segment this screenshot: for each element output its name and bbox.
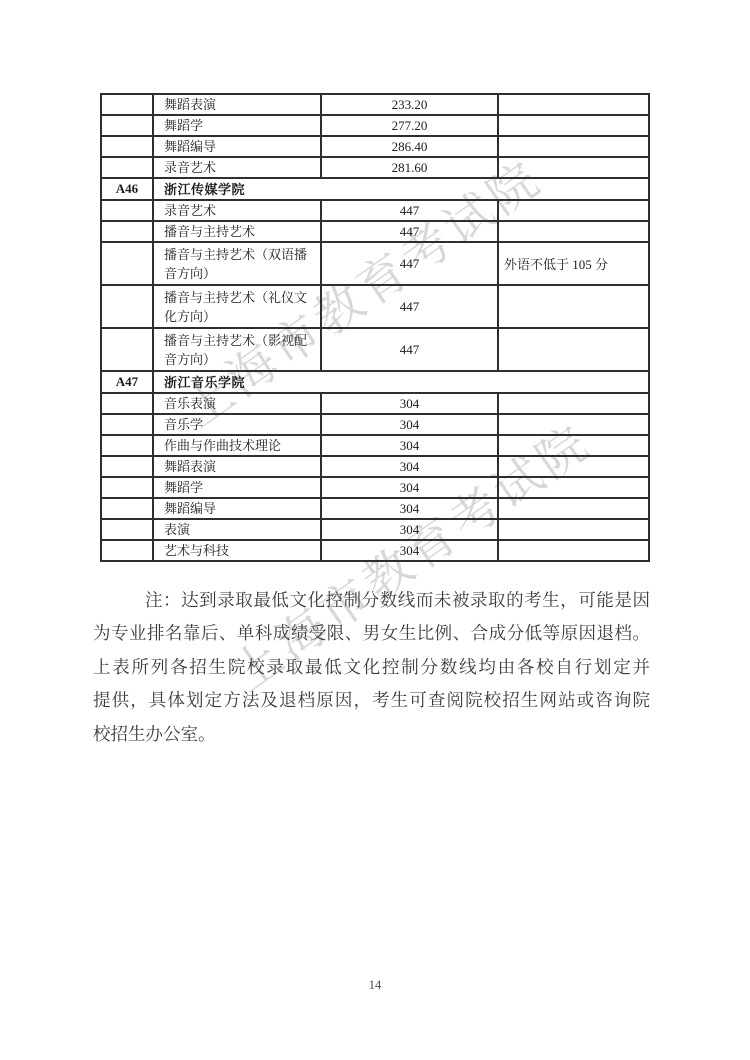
code-cell: [101, 414, 153, 435]
table-row: 音乐表演304: [101, 393, 649, 414]
remark-cell: [498, 477, 649, 498]
major-name-cell: 播音与主持艺术（礼仪文化方向）: [153, 285, 321, 328]
code-cell: [101, 157, 153, 178]
table-row: 舞蹈编导286.40: [101, 136, 649, 157]
school-name-cell: 浙江音乐学院: [153, 371, 649, 393]
code-cell: [101, 456, 153, 477]
code-cell: [101, 519, 153, 540]
code-cell: [101, 285, 153, 328]
note-line: 校招生办公室。: [93, 718, 650, 751]
code-cell: [101, 115, 153, 136]
major-name-cell: 舞蹈编导: [153, 498, 321, 519]
scores-table-body: 舞蹈表演233.20舞蹈学277.20舞蹈编导286.40录音艺术281.60A…: [101, 94, 649, 561]
remark-cell: [498, 540, 649, 561]
score-cell: 447: [321, 221, 498, 242]
table-row: 舞蹈表演233.20: [101, 94, 649, 115]
code-cell: [101, 328, 153, 371]
scores-table: 舞蹈表演233.20舞蹈学277.20舞蹈编导286.40录音艺术281.60A…: [100, 93, 650, 562]
major-name-cell: 录音艺术: [153, 200, 321, 221]
remark-cell: [498, 285, 649, 328]
table-row: 录音艺术447: [101, 200, 649, 221]
score-cell: 304: [321, 498, 498, 519]
remark-cell: [498, 498, 649, 519]
table-row: 艺术与科技304: [101, 540, 649, 561]
major-name-cell: 舞蹈表演: [153, 456, 321, 477]
table-row: 舞蹈学277.20: [101, 115, 649, 136]
score-cell: 447: [321, 242, 498, 285]
major-name-cell: 播音与主持艺术（影视配音方向）: [153, 328, 321, 371]
remark-cell: [498, 328, 649, 371]
code-cell: [101, 477, 153, 498]
major-name-cell: 舞蹈学: [153, 477, 321, 498]
score-cell: 277.20: [321, 115, 498, 136]
major-name-cell: 舞蹈编导: [153, 136, 321, 157]
table-row: 录音艺术281.60: [101, 157, 649, 178]
table-row: 播音与主持艺术447: [101, 221, 649, 242]
remark-cell: [498, 519, 649, 540]
table-row: 音乐学304: [101, 414, 649, 435]
major-name-cell: 舞蹈表演: [153, 94, 321, 115]
score-cell: 447: [321, 200, 498, 221]
score-cell: 233.20: [321, 94, 498, 115]
table-row: A47浙江音乐学院: [101, 371, 649, 393]
score-cell: 447: [321, 328, 498, 371]
code-cell: [101, 242, 153, 285]
score-cell: 304: [321, 435, 498, 456]
table-row: 舞蹈学304: [101, 477, 649, 498]
score-cell: 304: [321, 456, 498, 477]
remark-cell: [498, 136, 649, 157]
score-cell: 304: [321, 519, 498, 540]
remark-cell: [498, 435, 649, 456]
note-line: 提供，具体划定方法及退档原因，考生可查阅院校招生网站或咨询院: [93, 684, 650, 717]
table-row: 舞蹈表演304: [101, 456, 649, 477]
remark-cell: [498, 115, 649, 136]
score-cell: 447: [321, 285, 498, 328]
code-cell: [101, 136, 153, 157]
note-paragraph: 注：达到录取最低文化控制分数线而未被录取的考生，可能是因为专业排名靠后、单科成绩…: [93, 584, 650, 751]
code-cell: [101, 435, 153, 456]
score-cell: 304: [321, 477, 498, 498]
remark-cell: [498, 414, 649, 435]
code-cell: [101, 393, 153, 414]
code-cell: [101, 498, 153, 519]
page-number: 14: [0, 978, 750, 993]
major-name-cell: 播音与主持艺术（双语播音方向）: [153, 242, 321, 285]
table-row: A46浙江传媒学院: [101, 178, 649, 200]
code-cell: [101, 94, 153, 115]
major-name-cell: 播音与主持艺术: [153, 221, 321, 242]
remark-cell: [498, 200, 649, 221]
document-page: 上海市教育考试院 上海市教育考试院 舞蹈表演233.20舞蹈学277.20舞蹈编…: [0, 0, 750, 1060]
score-cell: 281.60: [321, 157, 498, 178]
code-cell: A47: [101, 371, 153, 393]
major-name-cell: 表演: [153, 519, 321, 540]
code-cell: [101, 221, 153, 242]
code-cell: [101, 200, 153, 221]
code-cell: [101, 540, 153, 561]
major-name-cell: 音乐学: [153, 414, 321, 435]
remark-cell: [498, 393, 649, 414]
table-row: 舞蹈编导304: [101, 498, 649, 519]
score-cell: 286.40: [321, 136, 498, 157]
score-cell: 304: [321, 540, 498, 561]
table-row: 表演304: [101, 519, 649, 540]
table-row: 播音与主持艺术（双语播音方向）447外语不低于 105 分: [101, 242, 649, 285]
table-row: 播音与主持艺术（礼仪文化方向）447: [101, 285, 649, 328]
note-line: 注：达到录取最低文化控制分数线而未被录取的考生，可能是因: [93, 584, 650, 617]
note-line: 为专业排名靠后、单科成绩受限、男女生比例、合成分低等原因退档。: [93, 617, 650, 650]
table-row: 播音与主持艺术（影视配音方向）447: [101, 328, 649, 371]
remark-cell: [498, 456, 649, 477]
major-name-cell: 音乐表演: [153, 393, 321, 414]
note-line: 上表所列各招生院校录取最低文化控制分数线均由各校自行划定并: [93, 651, 650, 684]
score-cell: 304: [321, 393, 498, 414]
major-name-cell: 艺术与科技: [153, 540, 321, 561]
code-cell: A46: [101, 178, 153, 200]
school-name-cell: 浙江传媒学院: [153, 178, 649, 200]
remark-cell: 外语不低于 105 分: [498, 242, 649, 285]
score-cell: 304: [321, 414, 498, 435]
remark-cell: [498, 157, 649, 178]
remark-cell: [498, 94, 649, 115]
remark-cell: [498, 221, 649, 242]
major-name-cell: 舞蹈学: [153, 115, 321, 136]
major-name-cell: 录音艺术: [153, 157, 321, 178]
major-name-cell: 作曲与作曲技术理论: [153, 435, 321, 456]
table-row: 作曲与作曲技术理论304: [101, 435, 649, 456]
